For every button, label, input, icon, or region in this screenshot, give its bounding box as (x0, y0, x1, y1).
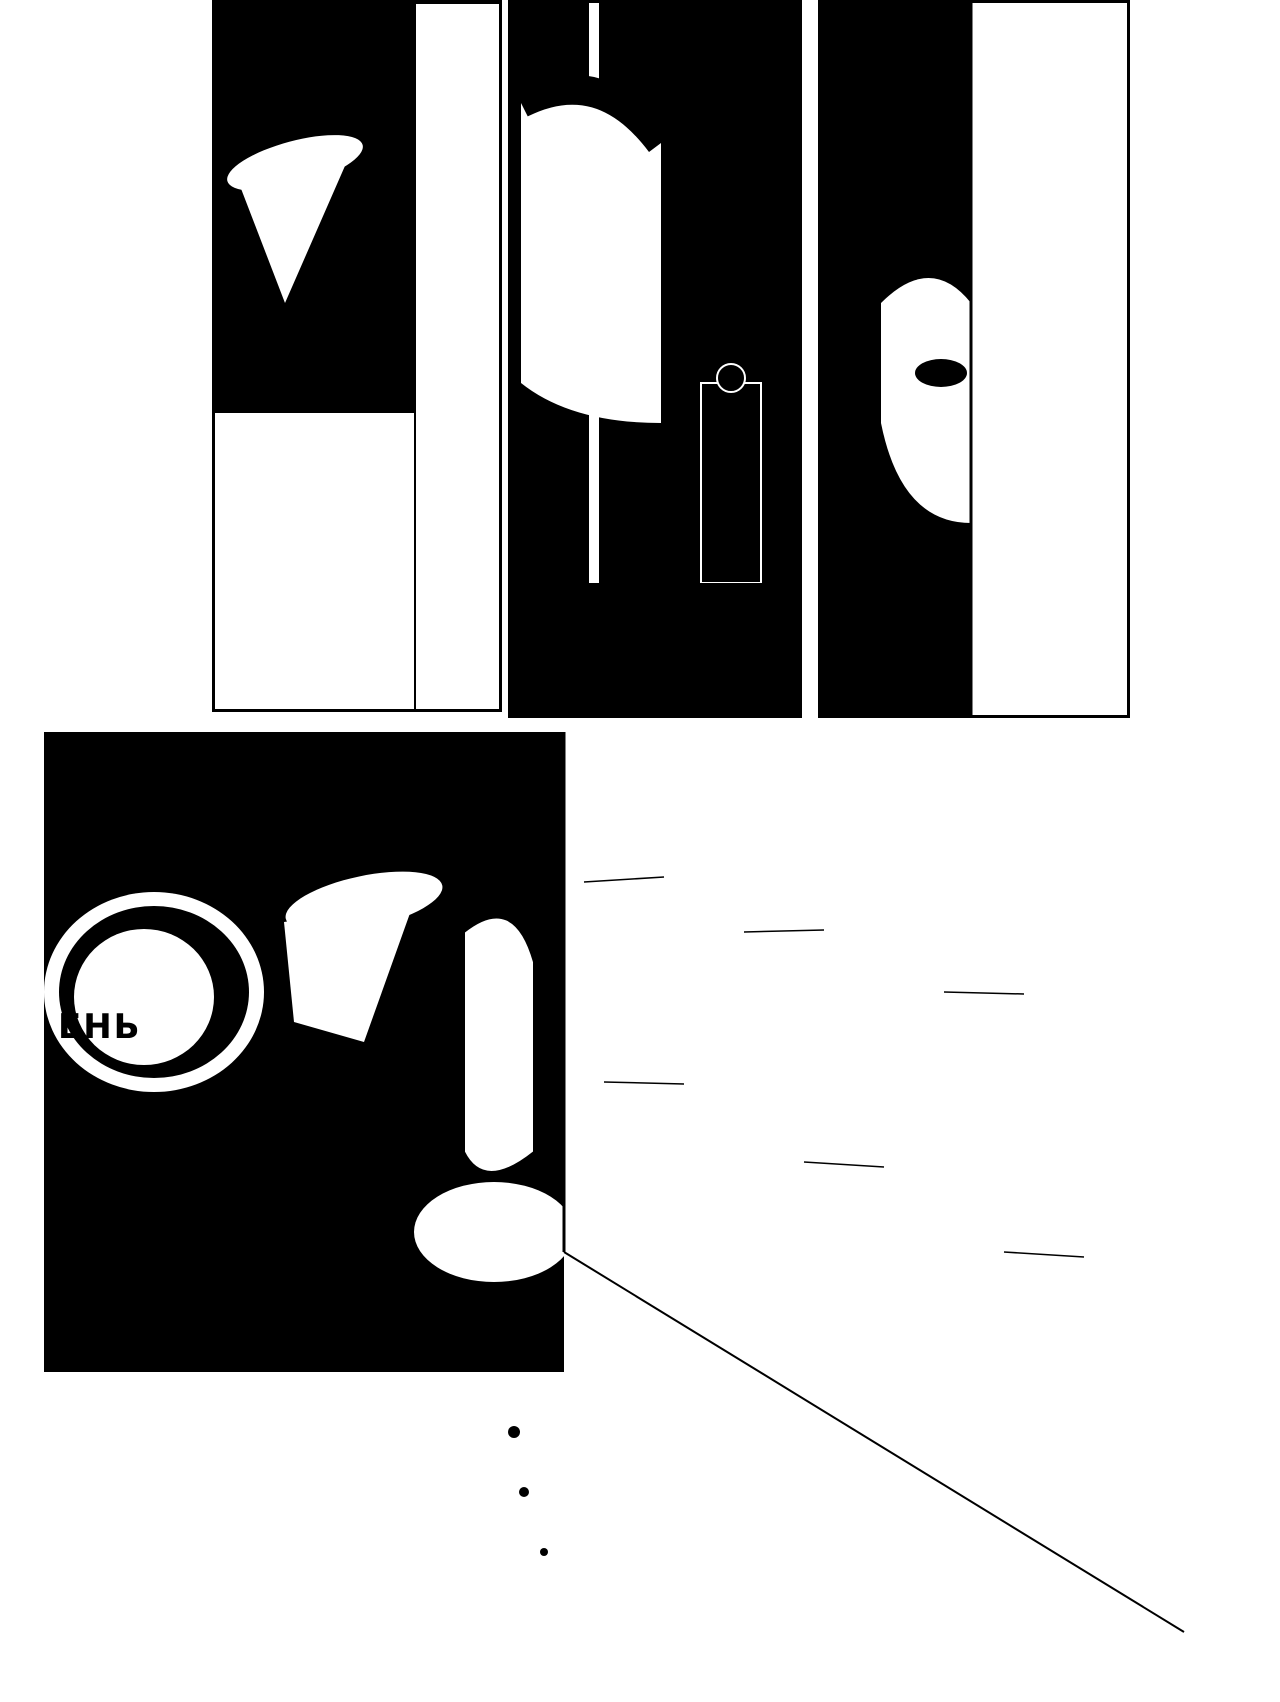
panel-girl-crouching: ЕНЬ (44, 732, 1208, 1702)
panel-3-art (821, 3, 1130, 718)
drum-label: ЕНЬ (58, 1007, 142, 1047)
panel-1-art (215, 3, 502, 712)
panel-man-in-coat (508, 0, 802, 718)
panel-2-art (511, 3, 802, 718)
panel-4-art (44, 732, 1208, 1702)
panel-eye-closeup (818, 0, 1130, 718)
panel-alley-barrels (212, 0, 502, 712)
